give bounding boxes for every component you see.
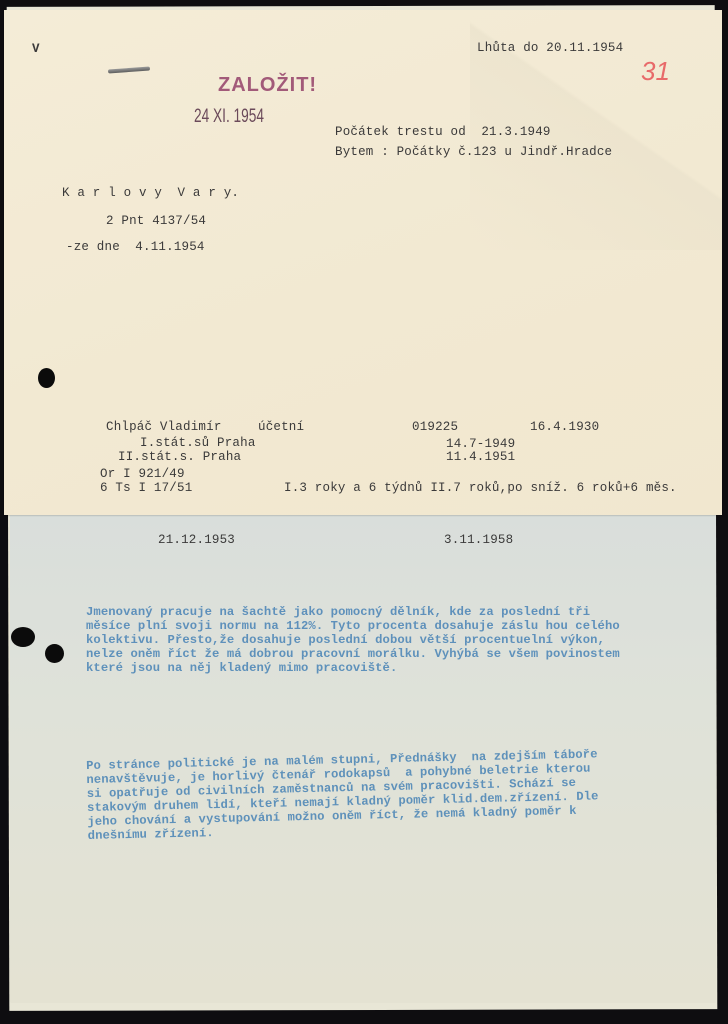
text-line: kolektivu. Přesto,že dosahuje poslední d… (86, 634, 605, 647)
case-2: 6 Ts I 17/51 (100, 481, 192, 495)
prisoner-number: 019225 (412, 420, 458, 434)
court-2: II.stát.s. Praha (118, 450, 241, 464)
page-number: 31 (641, 56, 670, 87)
punch-hole-icon (38, 368, 55, 388)
case-1: Or I 921/49 (100, 467, 185, 481)
stamp-label: ZALOŽIT! (218, 74, 317, 97)
prisoner-name: Chlpáč Vladimír (106, 420, 222, 434)
text-line: Jmenovaný pracuje na šachtě jako pomocný… (86, 606, 590, 619)
deadline: Lhůta do 20.11.1954 (477, 41, 623, 55)
text-line: měsíce plní svoji normu na 112%. Tyto pr… (86, 620, 620, 633)
sentence: I.3 roky a 6 týdnů II.7 roků,po sníž. 6 … (284, 481, 677, 495)
date-from: 21.12.1953 (158, 533, 235, 547)
punch-hole-icon (11, 627, 35, 647)
addressee: K a r l o v y V a r y. (62, 186, 239, 200)
residence: Bytem : Počátky č.123 u Jindř.Hradce (335, 145, 612, 159)
court-1: I.stát.sů Praha (140, 436, 256, 450)
date-2: 11.4.1951 (446, 450, 515, 464)
reference-date: -ze dne 4.11.1954 (66, 240, 205, 254)
date-1: 14.7-1949 (446, 437, 515, 451)
sentence-start: Počátek trestu od 21.3.1949 (335, 125, 551, 139)
text-line: dnešnímu zřízení. (88, 827, 214, 842)
mark-v: V (32, 42, 40, 56)
birth-date: 16.4.1930 (530, 420, 599, 434)
stamp-date: 24 XI. 1954 (194, 106, 264, 128)
occupation: účetní (258, 420, 304, 434)
text-line: nelze oněm říct že má dobrou pracovní mo… (86, 648, 620, 661)
punch-hole-icon (45, 644, 64, 663)
reference: 2 Pnt 4137/54 (106, 214, 206, 228)
text-line: které jsou na něj kladený mimo pracovišt… (86, 662, 397, 675)
date-to: 3.11.1958 (444, 533, 513, 547)
